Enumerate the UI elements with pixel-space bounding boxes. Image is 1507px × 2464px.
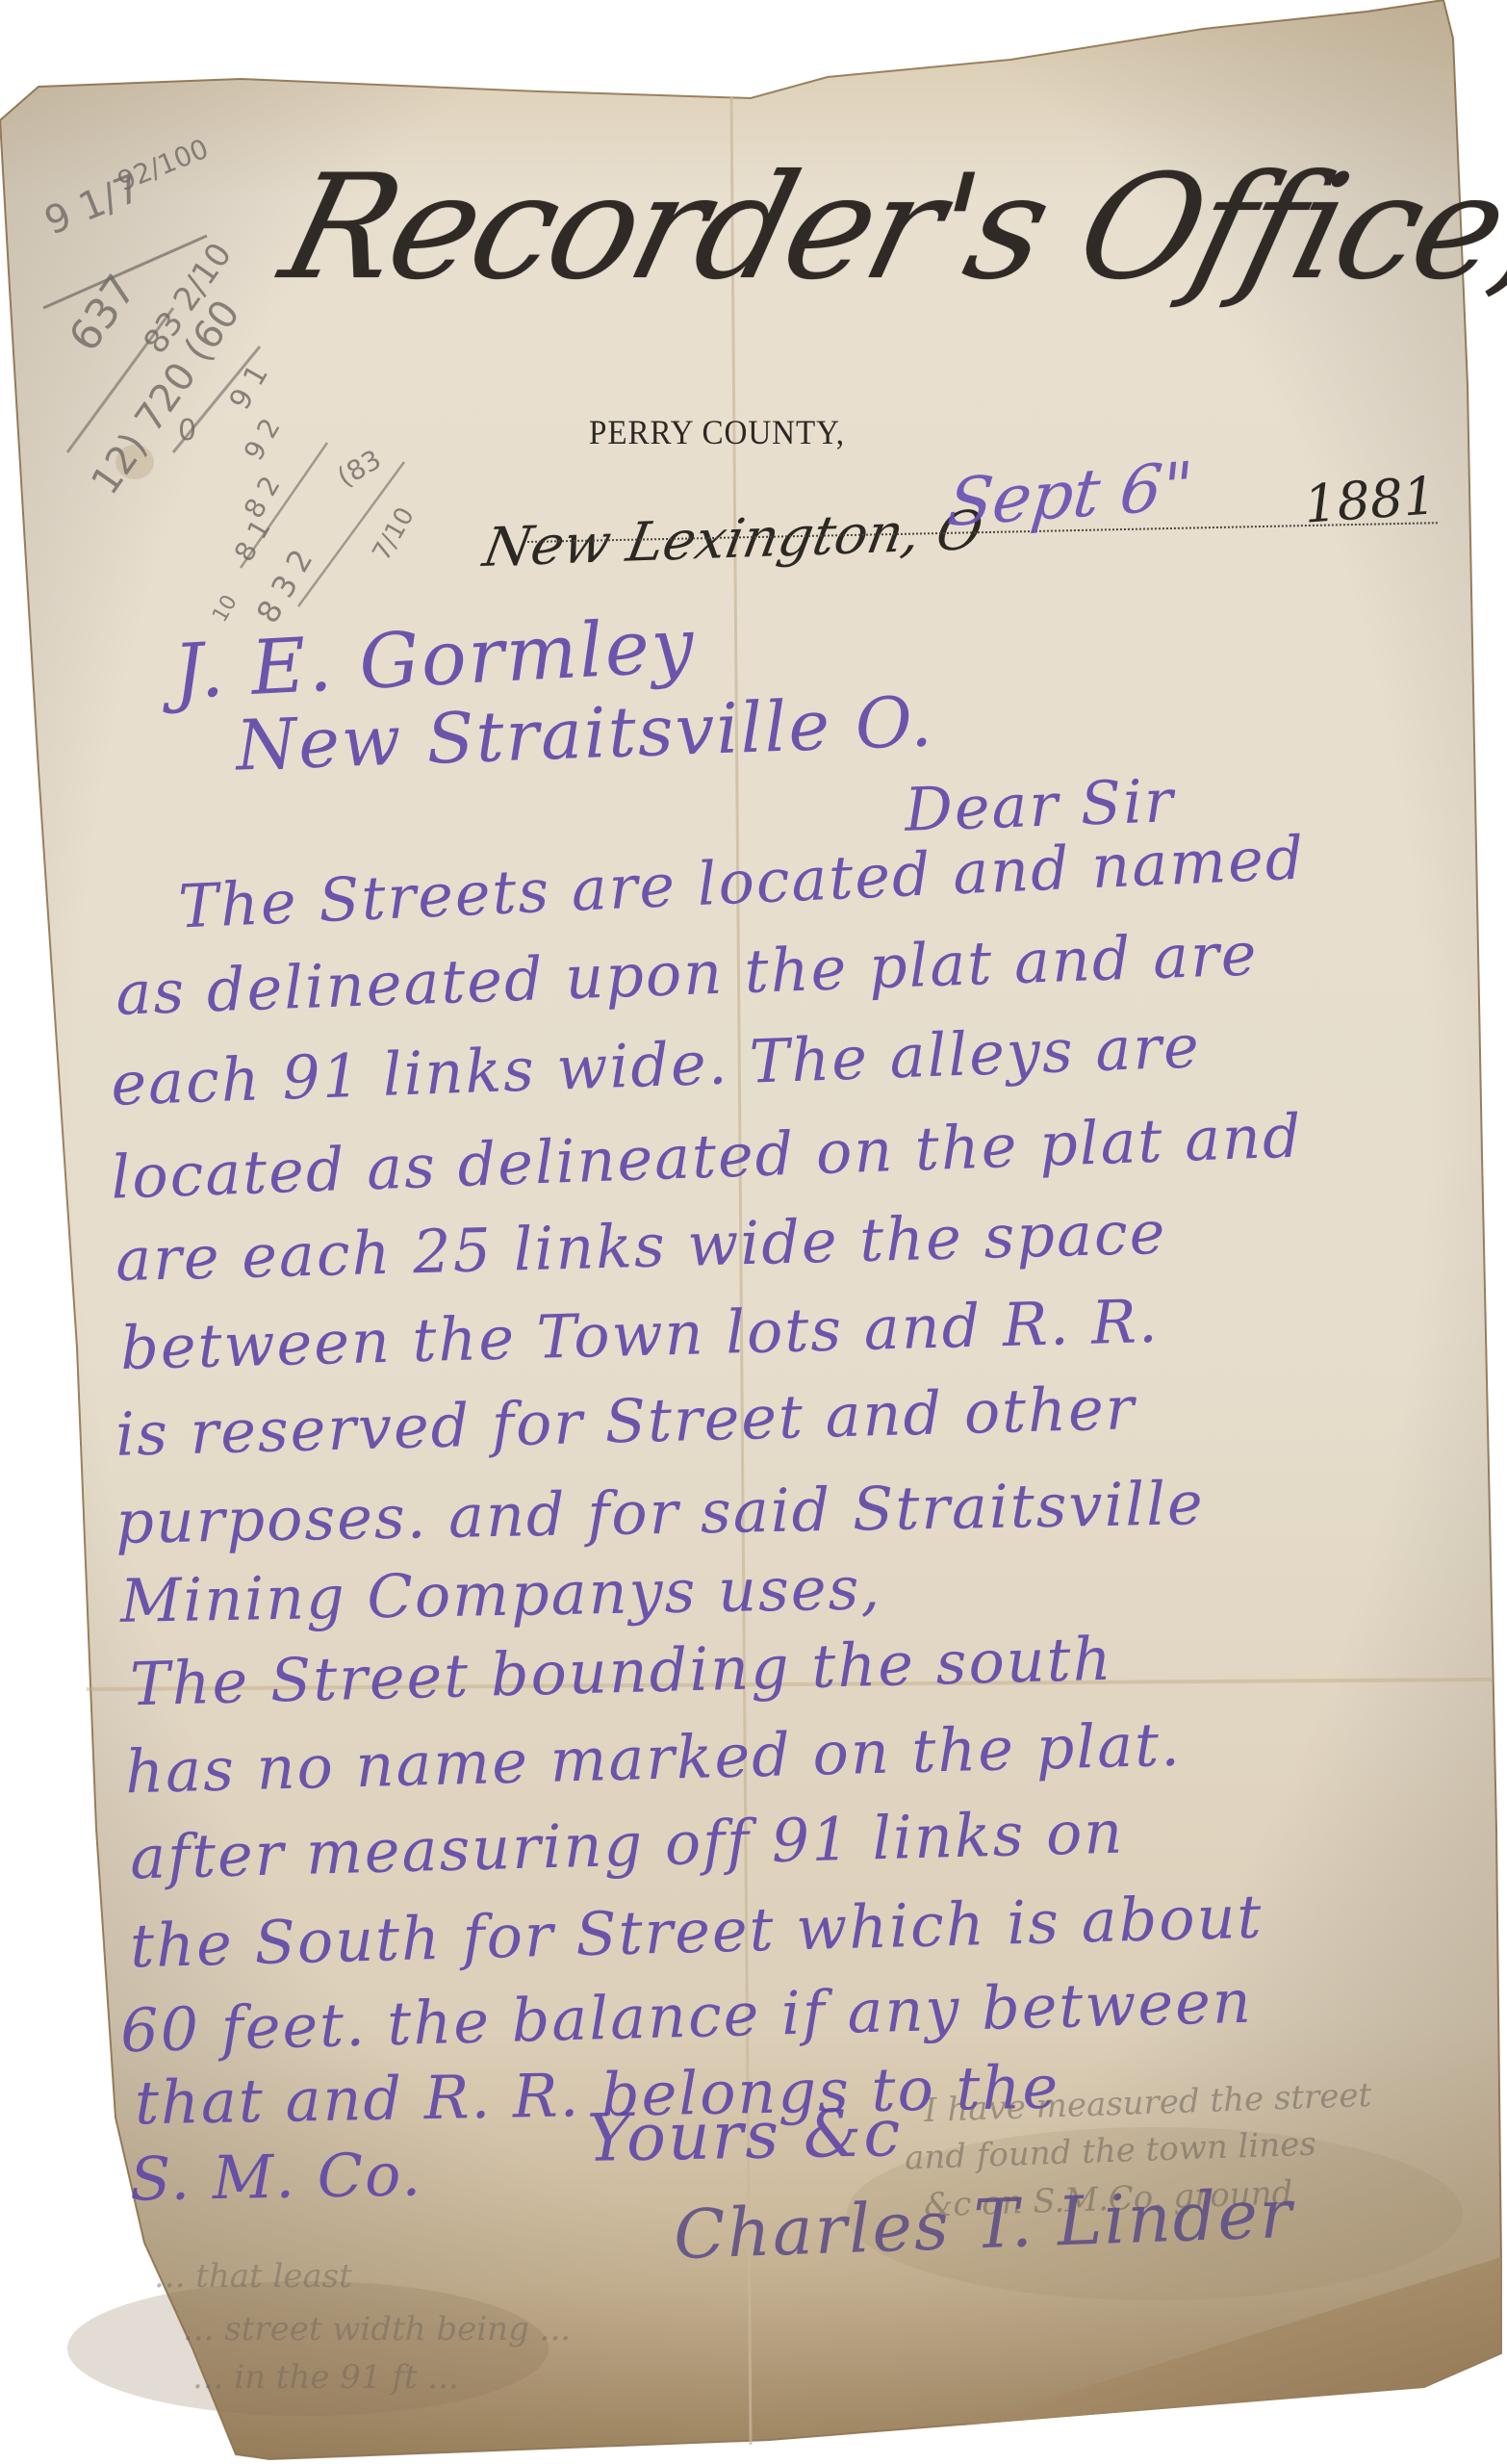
pencil-note-line: ... that least — [154, 2257, 352, 2296]
pencil-note-bottom: ... that least ... street width being ..… — [0, 0, 1507, 2464]
pencil-note-line: ... street width being ... — [183, 2310, 571, 2348]
pencil-note-line: ... in the 91 ft ... — [192, 2358, 459, 2397]
letter-photo: Recorder's Office, PERRY COUNTY, New Lex… — [0, 0, 1507, 2464]
